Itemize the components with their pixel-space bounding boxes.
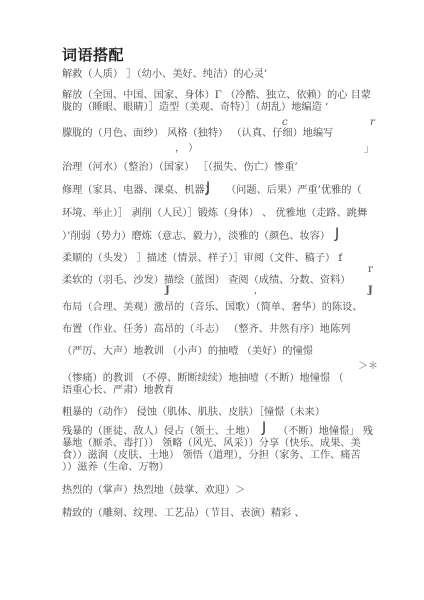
text-line: ））滋养（生命、万物） — [62, 461, 169, 475]
stray-mark: J — [368, 285, 373, 296]
text-line: 胧的（睡眼、眼睛）］造型（美观、奇特）］（胡乱）地编造 ‘ — [62, 101, 328, 115]
stray-mark: J — [206, 180, 210, 196]
stray-mark: J — [262, 420, 266, 436]
page-title: 词语搭配 — [62, 44, 124, 65]
stray-mark: r — [370, 117, 375, 128]
text-line: 环境、举止）］ 剥削（人民）］锻炼（身体） 、 优雅地（走路、跳舞 — [62, 207, 367, 221]
text-line: 粗暴的（动作） 侵蚀（肌体、肌肤、皮肤）［憧憬（未来） — [62, 406, 325, 420]
text-line: （严厉、大声）地教训 （小声）的抽噎 （美好）的憧憬 — [62, 345, 313, 359]
text-line: 柔顺的（头发） ］描述（情景、样子）］审阅（文件、稿子） f — [62, 252, 342, 266]
text-line: （问题、后果）严重’优雅的（ — [226, 184, 362, 198]
stray-mark: ， ） — [175, 139, 198, 154]
text-line: 布局（合理、美观）激昂的（音乐、国歌）（简单、奢华）的陈设、 — [62, 301, 363, 315]
stray-mark: r — [368, 264, 373, 275]
text-line: 精致的（雕刻、纹理、工艺品）（节目、表演）精彩 、 — [62, 507, 305, 521]
document-page: 词语搭配 解救（人质） ］（幼小、美好、纯洁）的心灵’ 解放（全国、中国、国家、… — [0, 0, 424, 600]
text-line: ）’削弱（势力）磨炼（意志、毅力），淡雅的（颜色、妆容） — [62, 230, 330, 244]
stray-mark: ＞＊ — [358, 357, 378, 372]
text-line: 柔软的（羽毛、沙发）描绘（蓝图） 查阅（成绩、分数、资料） — [62, 274, 351, 288]
text-line: 修理（家具、电器、课桌、机器） — [62, 184, 215, 198]
stray-mark: , — [254, 285, 257, 296]
stray-mark: 」 — [364, 140, 374, 155]
text-line: 布置（作业、任务）高昂的（斗志） （整齐、井然有序）地陈列 — [62, 323, 351, 337]
text-line: 解救（人质） ］（幼小、美好、纯洁）的心灵’ — [62, 68, 267, 82]
text-line: 热烈的（掌声）热烈地（鼓掌、欢迎）＞ — [62, 484, 245, 498]
stray-mark: J — [165, 285, 170, 296]
text-line: 治理（河水）（整治）（国家） ［（损失、伤亡）惨重’ — [62, 161, 298, 175]
text-line: 语重心长、严肃）地教育 — [62, 384, 174, 398]
stray-mark: J — [335, 226, 339, 242]
